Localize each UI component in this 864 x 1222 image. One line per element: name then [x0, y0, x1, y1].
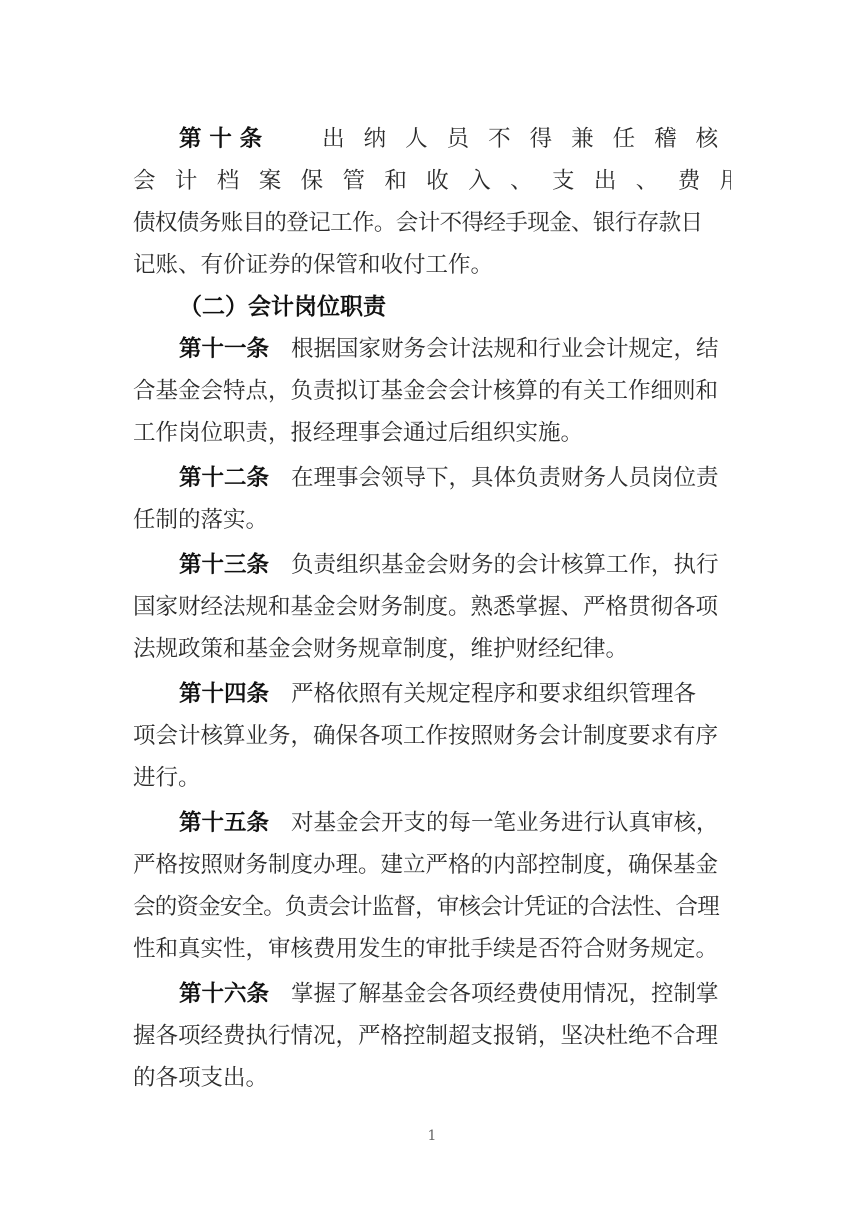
article-16-line-3: 的各项支出。 [133, 1057, 731, 1099]
article-11-label: 第十一条 [179, 336, 269, 362]
article-15-line-4: 性和真实性，审核费用发生的审批手续是否符合财务规定。 [133, 928, 731, 970]
article-13-line-2: 国家财经法规和基金会财务制度。熟悉掌握、严格贯彻各项 [133, 586, 731, 628]
article-10-label: 第 十 条 [179, 118, 262, 160]
article-14-line-3: 进行。 [133, 757, 731, 799]
article-14-label: 第十四条 [179, 681, 269, 707]
article-11-line-1: 第十一条根据国家财务会计法规和行业会计规定，结 [133, 328, 731, 370]
article-12-line-1: 第十二条在理事会领导下，具体负责财务人员岗位责 [133, 457, 731, 499]
article-11-line-2: 合基金会特点，负责拟订基金会会计核算的有关工作细则和 [133, 370, 731, 412]
article-16-line-1: 第十六条掌握了解基金会各项经费使用情况，控制掌 [133, 973, 731, 1015]
section-heading: （二）会计岗位职责 [133, 286, 731, 328]
article-15-line-2: 严格按照财务制度办理。建立严格的内部控制度，确保基金 [133, 844, 731, 886]
article-10-line-1: 第 十 条 出纳人员不得兼任稽核、 [133, 118, 731, 160]
article-10-line-3: 债权债务账目的登记工作。会计不得经手现金、银行存款日 [133, 202, 731, 244]
article-16-line-2: 握各项经费执行情况，严格控制超支报销，坚决杜绝不合理 [133, 1015, 731, 1057]
article-13-line-3: 法规政策和基金会财务规章制度，维护财经纪律。 [133, 628, 731, 670]
article-11-line-3: 工作岗位职责，报经理事会通过后组织实施。 [133, 412, 731, 454]
article-12-line-2: 任制的落实。 [133, 499, 731, 541]
article-13-label: 第十三条 [179, 552, 269, 578]
article-10-line-2: 会计档案保管和收入、支出、费用、 [133, 160, 731, 202]
article-14-line-2: 项会计核算业务，确保各项工作按照财务会计制度要求有序 [133, 715, 731, 757]
article-15-label: 第十五条 [179, 810, 269, 836]
article-15-line-3: 会的资金安全。负责会计监督，审核会计凭证的合法性、合理 [133, 886, 731, 928]
article-14-line-1: 第十四条严格依照有关规定程序和要求组织管理各 [133, 673, 731, 715]
article-15-line-1: 第十五条对基金会开支的每一笔业务进行认真审核， [133, 802, 731, 844]
page-number: 1 [0, 1128, 864, 1144]
article-16-label: 第十六条 [179, 981, 269, 1007]
article-10-text-1: 出纳人员不得兼任稽核、 [322, 118, 731, 160]
article-13-line-1: 第十三条负责组织基金会财务的会计核算工作，执行 [133, 544, 731, 586]
article-12-label: 第十二条 [179, 465, 269, 491]
article-10-line-4: 记账、有价证券的保管和收付工作。 [133, 244, 731, 286]
document-page: 第 十 条 出纳人员不得兼任稽核、 会计档案保管和收入、支出、费用、 债权债务账… [133, 118, 731, 1099]
